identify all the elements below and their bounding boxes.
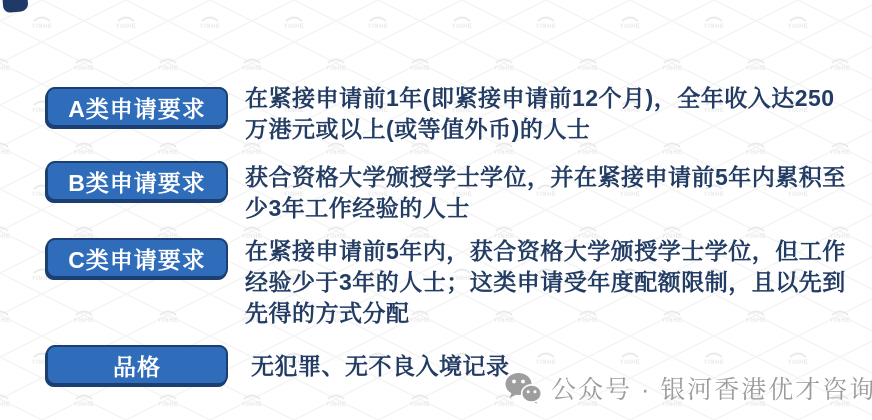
character-badge: 品格 — [46, 345, 228, 385]
category-a-description: 在紧接申请前1年(即紧接申请前12个月)，全年收入达250 万港元或以上(或等值… — [245, 83, 849, 145]
corner-accent-shape — [2, 0, 28, 13]
category-b-badge: B类申请要求 — [46, 161, 228, 201]
infographic-canvas: YINHE YINHE YINHE A类申请要求 在紧接申请前1年(即紧接申请前… — [0, 0, 872, 420]
category-a-badge: A类申请要求 — [46, 87, 228, 127]
description-line: 万港元或以上(或等值外币)的人士 — [245, 114, 849, 145]
description-line: 经验少于3年的人士；这类申请受年度配额限制，且以先到 — [245, 267, 849, 298]
description-line: 在紧接申请前5年内，获合资格大学颁授学士学位，但工作 — [245, 236, 849, 267]
wechat-account-name: 公众号 · 银河香港优才咨询 — [551, 370, 872, 406]
description-line: 少3年工作经验的人士 — [245, 193, 849, 224]
description-line: 先得的方式分配 — [245, 298, 849, 329]
category-c-badge: C类申请要求 — [46, 238, 228, 278]
wechat-footer: 公众号 · 银河香港优才咨询 — [505, 370, 872, 406]
description-line: 在紧接申请前1年(即紧接申请前12个月)，全年收入达250 — [245, 83, 849, 114]
category-b-description: 获合资格大学颁授学士学位，并在紧接申请前5年内累积至 少3年工作经验的人士 — [245, 162, 849, 224]
category-c-description: 在紧接申请前5年内，获合资格大学颁授学士学位，但工作 经验少于3年的人士；这类申… — [245, 236, 849, 329]
wechat-icon — [505, 372, 542, 405]
description-line: 获合资格大学颁授学士学位，并在紧接申请前5年内累积至 — [245, 162, 849, 193]
